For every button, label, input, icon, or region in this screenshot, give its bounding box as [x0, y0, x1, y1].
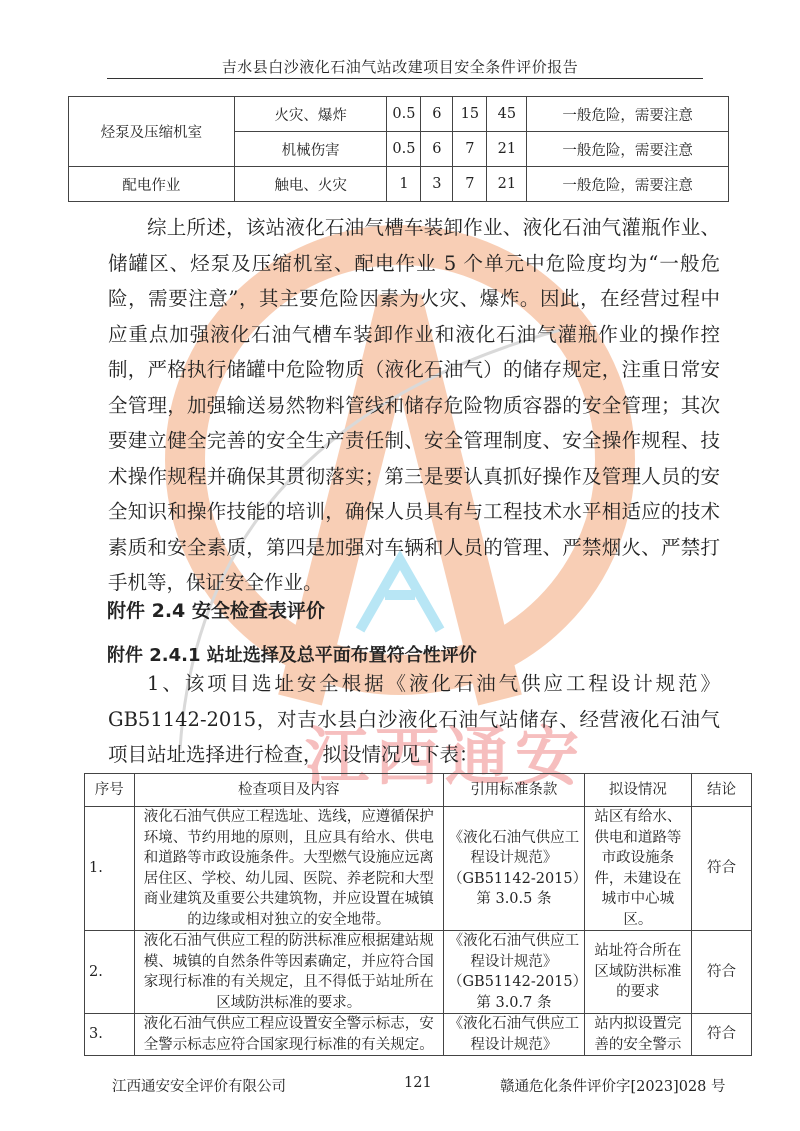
row-content: 液化石油气供应工程应设置安全警示标志，安全警示标志应符合国家现行标准的有关规定。	[134, 1014, 443, 1056]
row-standard: 《液化石油气供应工程设计规范》（GB51142-2015）第 3.0.7 条	[443, 931, 584, 1014]
level-cell: 一般危险，需要注意	[527, 97, 729, 132]
l-value: 1	[387, 167, 421, 202]
row-conclusion: 符合	[691, 807, 751, 931]
hazard-cell: 触电、火灾	[234, 167, 387, 202]
d-value: 21	[487, 167, 527, 202]
header-title: 吉水县白沙液化石油气站改建项目安全条件评价报告	[0, 56, 800, 77]
hazard-cell: 机械伤害	[234, 132, 387, 167]
table-row: 配电作业 触电、火灾 1 3 7 21 一般危险，需要注意	[69, 167, 729, 202]
level-cell: 一般危险，需要注意	[527, 132, 729, 167]
footer-company: 江西通安安全评价有限公司	[112, 1075, 286, 1096]
c-value: 15	[453, 97, 487, 132]
table-row: 3. 液化石油气供应工程应设置安全警示标志，安全警示标志应符合国家现行标准的有关…	[85, 1014, 752, 1056]
d-value: 21	[487, 132, 527, 167]
row-situation: 站区有给水、供电和道路等市政设施条件，未建设在城市中心城区。	[584, 807, 691, 931]
footer-doc-number: 赣通危化条件评价字[2023]028 号	[500, 1075, 726, 1096]
e-value: 3	[421, 167, 453, 202]
unit-cell: 配电作业	[69, 167, 235, 202]
summary-paragraph: 综上所述，该站液化石油气槽车装卸作业、液化石油气灌瓶作业、储罐区、烃泵及压缩机室…	[108, 210, 720, 601]
footer-page-number: 121	[404, 1075, 432, 1091]
intro-paragraph: 1、该项目选址安全根据《液化石油气供应工程设计规范》GB51142-2015，对…	[108, 666, 720, 773]
table-header-row: 序号 检查项目及内容 引用标准条款 拟设情况 结论	[85, 774, 752, 807]
row-standard: 《液化石油气供应工程设计规范》（GB51142-2015）第 3.0.5 条	[443, 807, 584, 931]
header-content: 检查项目及内容	[134, 774, 443, 807]
table-row: 烃泵及压缩机室 火灾、爆炸 0.5 6 15 45 一般危险，需要注意	[69, 97, 729, 132]
row-standard: 《液化石油气供应工程设计规范》	[443, 1014, 584, 1056]
hazard-cell: 火灾、爆炸	[234, 97, 387, 132]
l-value: 0.5	[387, 97, 421, 132]
header-standard: 引用标准条款	[443, 774, 584, 807]
table-row: 1. 液化石油气供应工程选址、选线，应遵循保护环境、节约用地的原则，且应具有给水…	[85, 807, 752, 931]
c-value: 7	[453, 132, 487, 167]
row-no: 1.	[85, 807, 135, 931]
table-row: 2. 液化石油气供应工程的防洪标准应根据建站规模、城镇的自然条件等因素确定，并应…	[85, 931, 752, 1014]
risk-evaluation-table: 烃泵及压缩机室 火灾、爆炸 0.5 6 15 45 一般危险，需要注意 机械伤害…	[68, 96, 729, 202]
c-value: 7	[453, 167, 487, 202]
e-value: 6	[421, 97, 453, 132]
row-situation: 站址符合所在区域防洪标准的要求	[584, 931, 691, 1014]
header-situation: 拟设情况	[584, 774, 691, 807]
d-value: 45	[487, 97, 527, 132]
row-situation: 站内拟设置完善的安全警示	[584, 1014, 691, 1056]
header-no: 序号	[85, 774, 135, 807]
header-conclusion: 结论	[691, 774, 751, 807]
row-content: 液化石油气供应工程选址、选线，应遵循保护环境、节约用地的原则，且应具有给水、供电…	[134, 807, 443, 931]
e-value: 6	[421, 132, 453, 167]
header-divider	[107, 78, 703, 79]
section-heading-2-4: 附件 2.4 安全检查表评价	[107, 596, 325, 623]
section-heading-2-4-1: 附件 2.4.1 站址选择及总平面布置符合性评价	[107, 641, 477, 667]
row-content: 液化石油气供应工程的防洪标准应根据建站规模、城镇的自然条件等因素确定，并应符合国…	[134, 931, 443, 1014]
level-cell: 一般危险，需要注意	[527, 167, 729, 202]
row-no: 3.	[85, 1014, 135, 1056]
unit-cell: 烃泵及压缩机室	[69, 97, 235, 167]
site-check-table: 序号 检查项目及内容 引用标准条款 拟设情况 结论 1. 液化石油气供应工程选址…	[84, 773, 752, 1056]
l-value: 0.5	[387, 132, 421, 167]
row-conclusion: 符合	[691, 931, 751, 1014]
row-no: 2.	[85, 931, 135, 1014]
row-conclusion: 符合	[691, 1014, 751, 1056]
